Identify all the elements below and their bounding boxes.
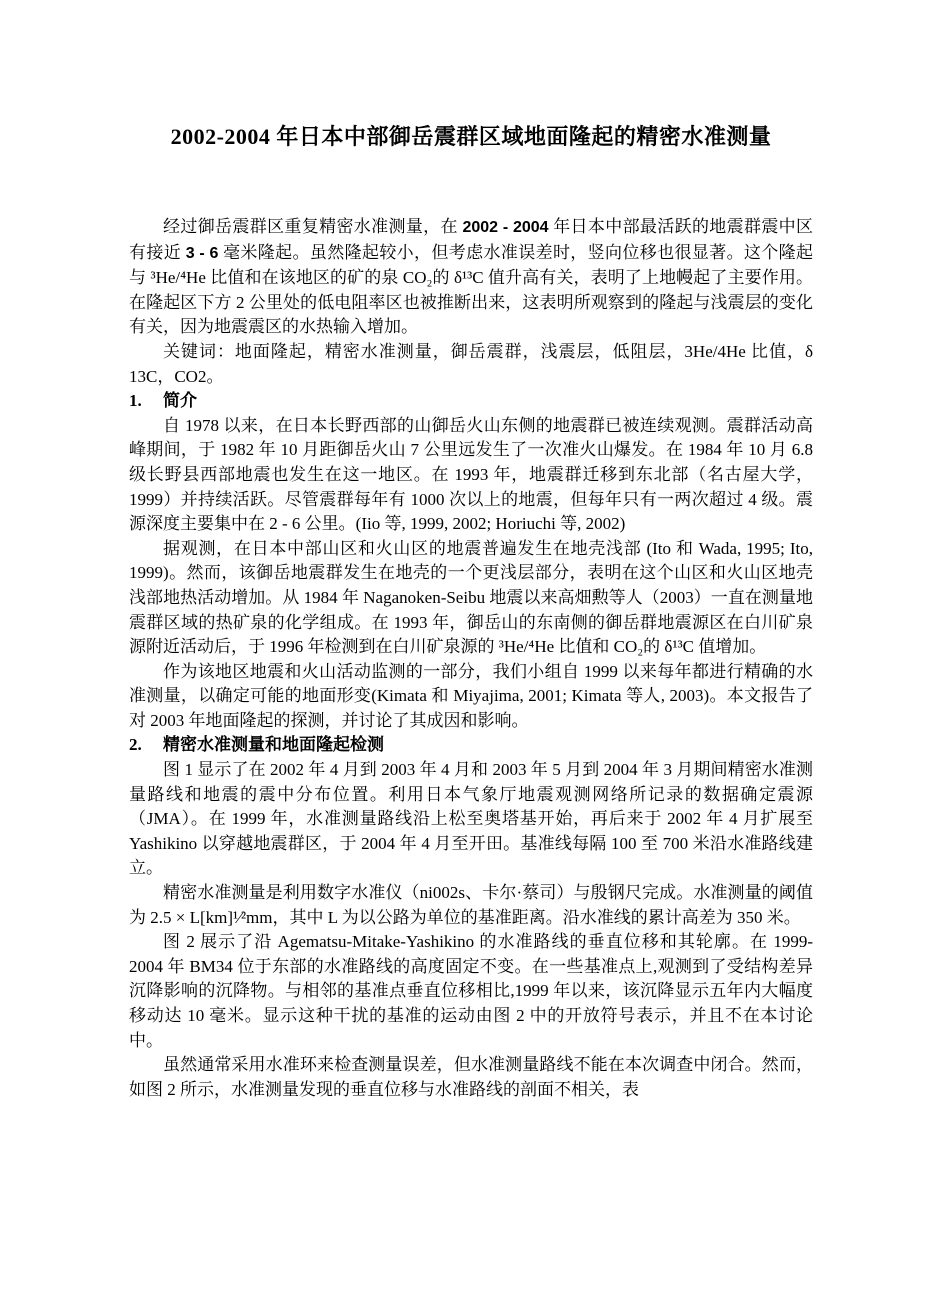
section-2-heading: 2.精密水准测量和地面隆起检测 (129, 733, 813, 758)
keywords-paragraph: 关键词：地面隆起，精密水准测量，御岳震群，浅震层，低阻层，3He/4He 比值，… (129, 340, 813, 389)
abstract-paragraph: 经过御岳震群区重复精密水准测量，在 2002 - 2004 年日本中部最活跃的地… (129, 215, 813, 340)
leveling-paragraph-4: 虽然通常采用水准环来检查测量误差，但水准测量路线不能在本次调查中闭合。然而，如图… (129, 1053, 813, 1102)
intro-paragraph-1: 自 1978 以来，在日本长野西部的山御岳火山东侧的地震群已被连续观测。震群活动… (129, 414, 813, 537)
section-2-number: 2. (129, 733, 163, 758)
intro-paragraph-2: 据观测，在日本中部山区和火山区的地震普遍发生在地壳浅部 (Ito 和 Wada,… (129, 537, 813, 660)
intro-paragraph-3: 作为该地区地震和火山活动监测的一部分，我们小组自 1999 以来每年都进行精确的… (129, 660, 813, 734)
document-title: 2002-2004 年日本中部御岳震群区域地面隆起的精密水准测量 (129, 121, 813, 153)
section-1-number: 1. (129, 389, 163, 414)
document-body: 经过御岳震群区重复精密水准测量，在 2002 - 2004 年日本中部最活跃的地… (129, 215, 813, 1102)
leveling-paragraph-2: 精密水准测量是利用数字水准仪（ni002s、卡尔·蔡司）与殷钢尺完成。水准测量的… (129, 881, 813, 930)
document-page: 2002-2004 年日本中部御岳震群区域地面隆起的精密水准测量 经过御岳震群区… (0, 0, 926, 1309)
leveling-paragraph-3: 图 2 展示了沿 Agematsu-Mitake-Yashikino 的水准路线… (129, 930, 813, 1053)
leveling-paragraph-1: 图 1 显示了在 2002 年 4 月到 2003 年 4 月和 2003 年 … (129, 758, 813, 881)
section-2-title: 精密水准测量和地面隆起检测 (163, 735, 384, 754)
section-1-title: 简介 (163, 391, 197, 410)
section-1-heading: 1.简介 (129, 389, 813, 414)
